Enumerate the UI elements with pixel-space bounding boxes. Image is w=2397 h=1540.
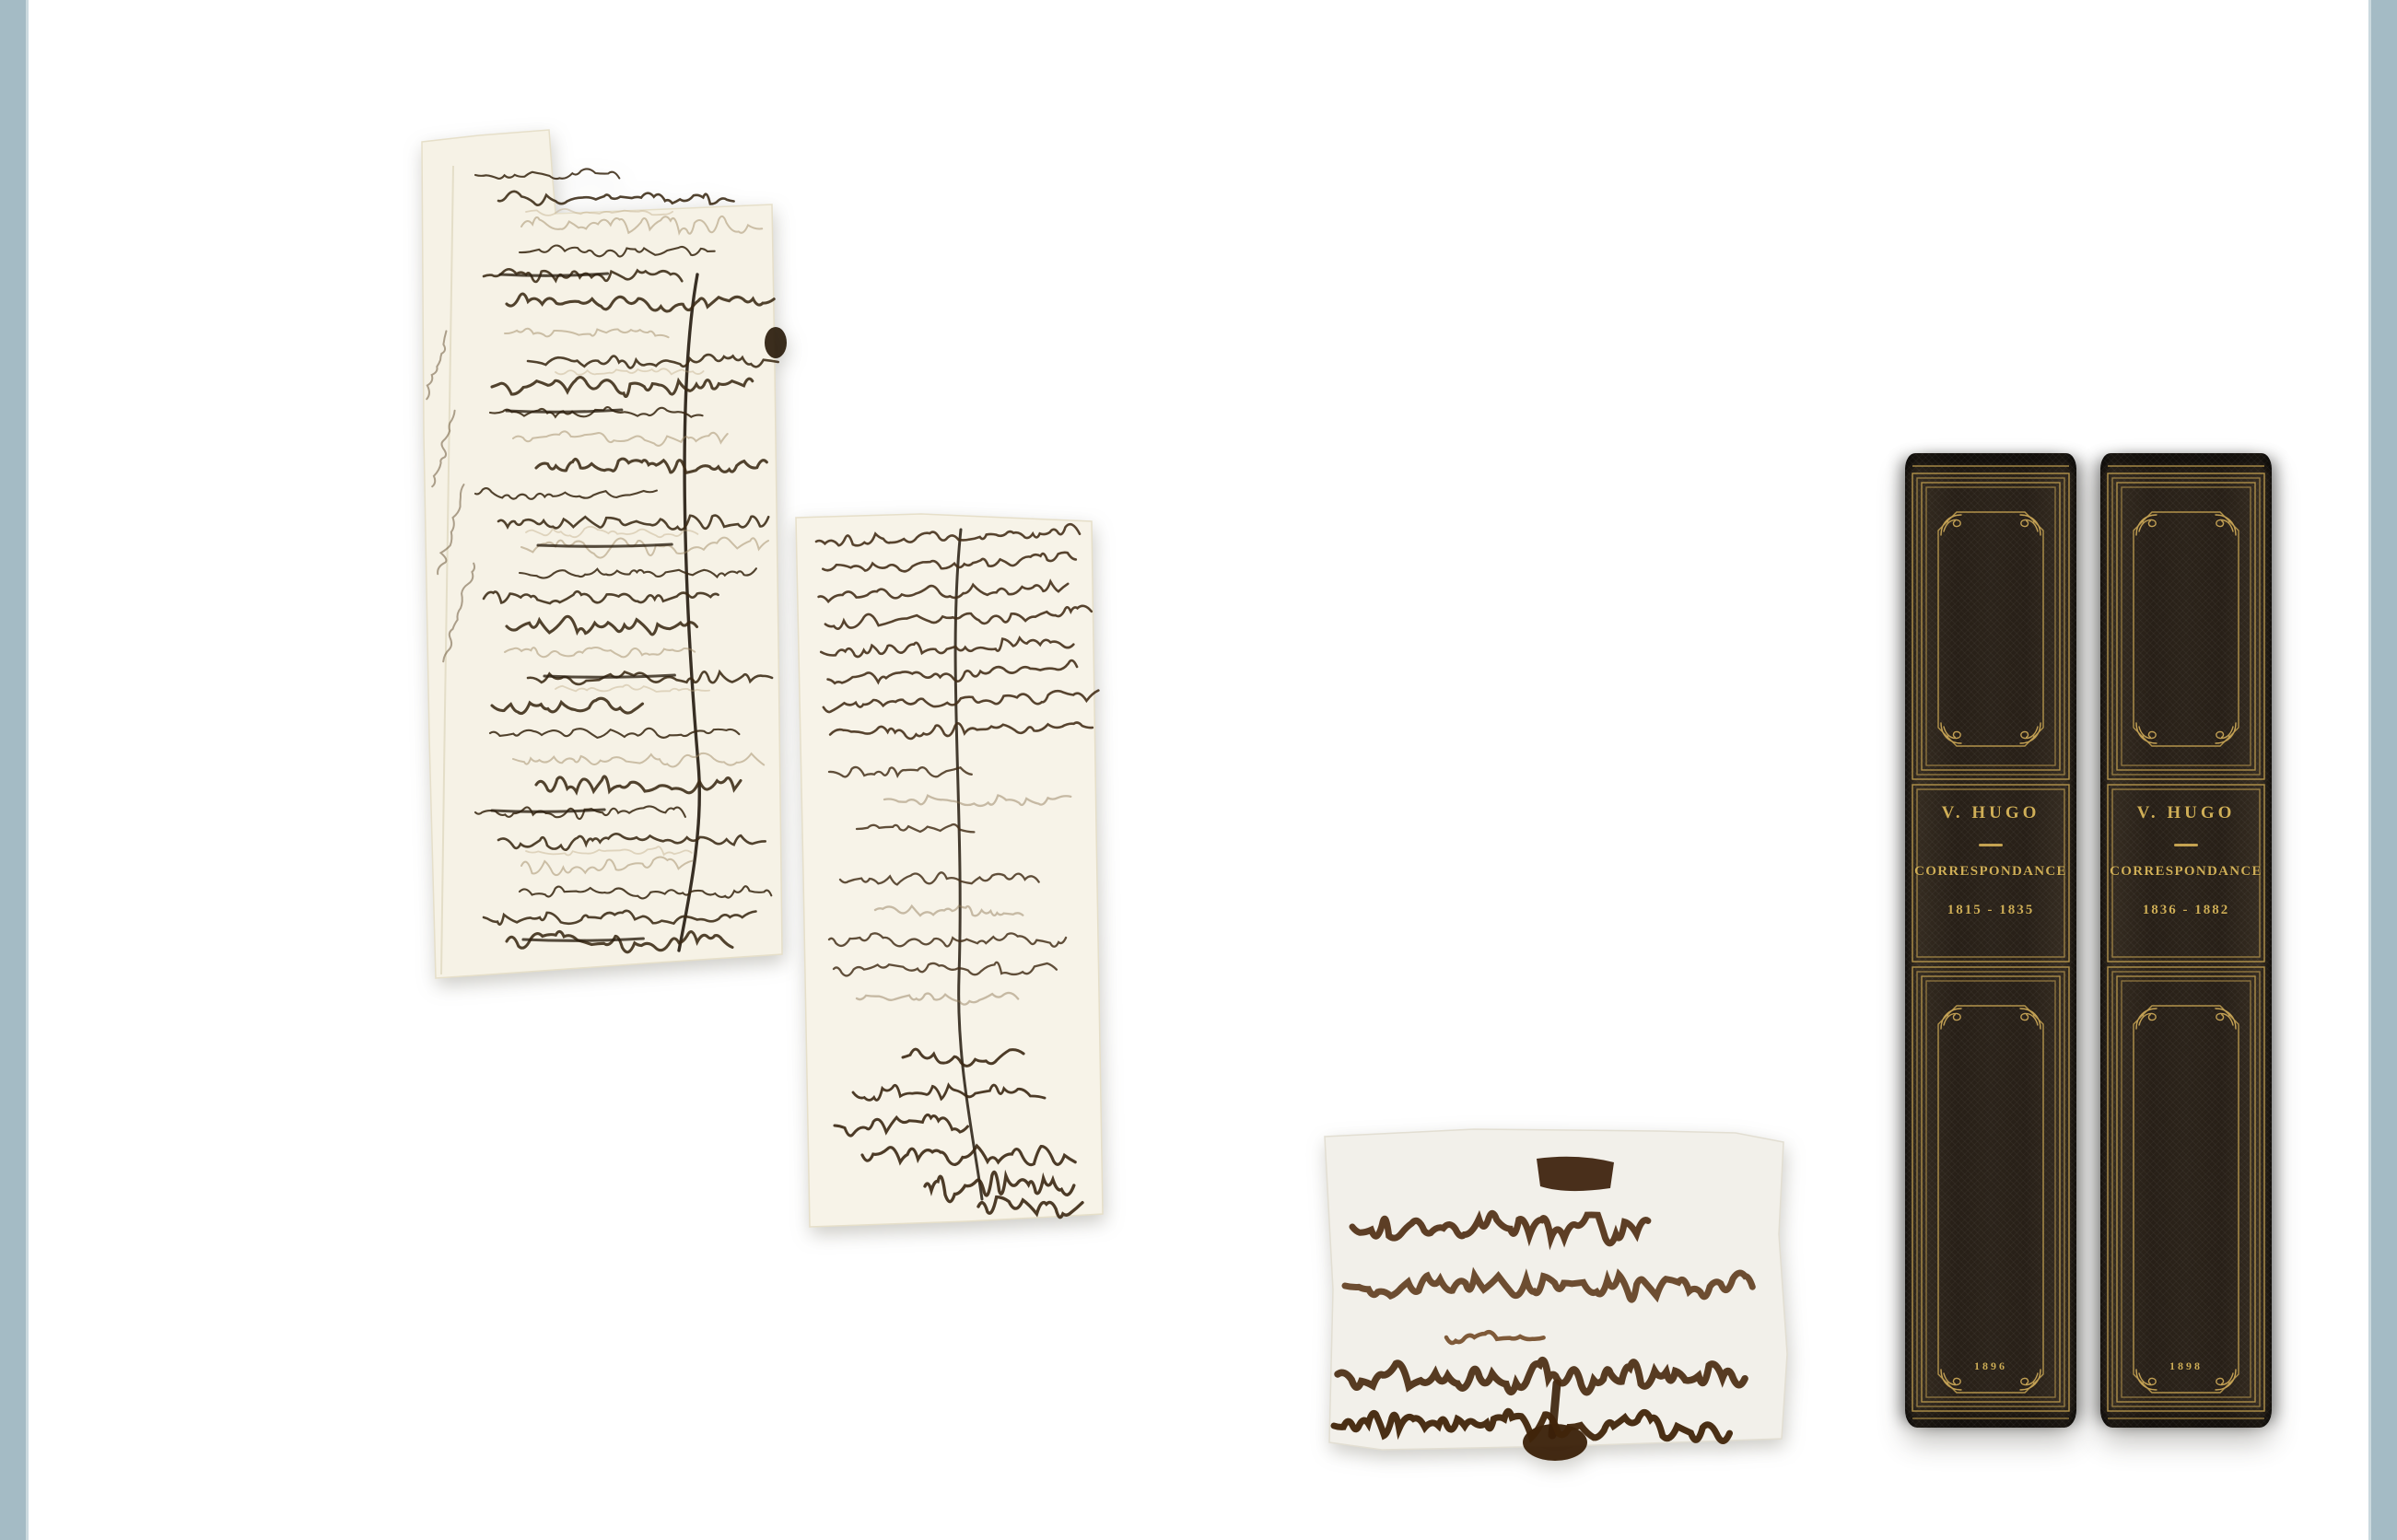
spine-author-label: V. HUGO bbox=[2100, 803, 2272, 823]
spine-title-label: CORRESPONDANCE bbox=[1905, 864, 2076, 880]
book-spine-volume-2: V. HUGO CORRESPONDANCE 1836 - 1882 1898 bbox=[2100, 453, 2272, 1428]
manuscript-sheet-2 bbox=[796, 514, 1103, 1227]
spine-dates-label: 1815 - 1835 bbox=[1905, 903, 2076, 918]
spine-year-label: 1898 bbox=[2100, 1359, 2272, 1373]
spine-title-label: CORRESPONDANCE bbox=[2100, 864, 2272, 880]
autograph-note-card bbox=[1325, 1129, 1787, 1461]
spine-gold-tooling bbox=[2100, 453, 2272, 1428]
spine-gold-tooling bbox=[1905, 453, 2076, 1428]
book-spine-volume-1: V. HUGO CORRESPONDANCE 1815 - 1835 1896 bbox=[1905, 453, 2076, 1428]
spine-year-label: 1896 bbox=[1905, 1359, 2076, 1373]
spine-divider-rule bbox=[1979, 844, 2003, 846]
spine-dates-label: 1836 - 1882 bbox=[2100, 903, 2272, 918]
photograph-canvas: V. HUGO CORRESPONDANCE 1815 - 1835 1896 … bbox=[0, 0, 2397, 1540]
manuscript-sheet-1 bbox=[422, 130, 787, 978]
spine-author-label: V. HUGO bbox=[1905, 803, 2076, 823]
spine-divider-rule bbox=[2174, 844, 2198, 846]
